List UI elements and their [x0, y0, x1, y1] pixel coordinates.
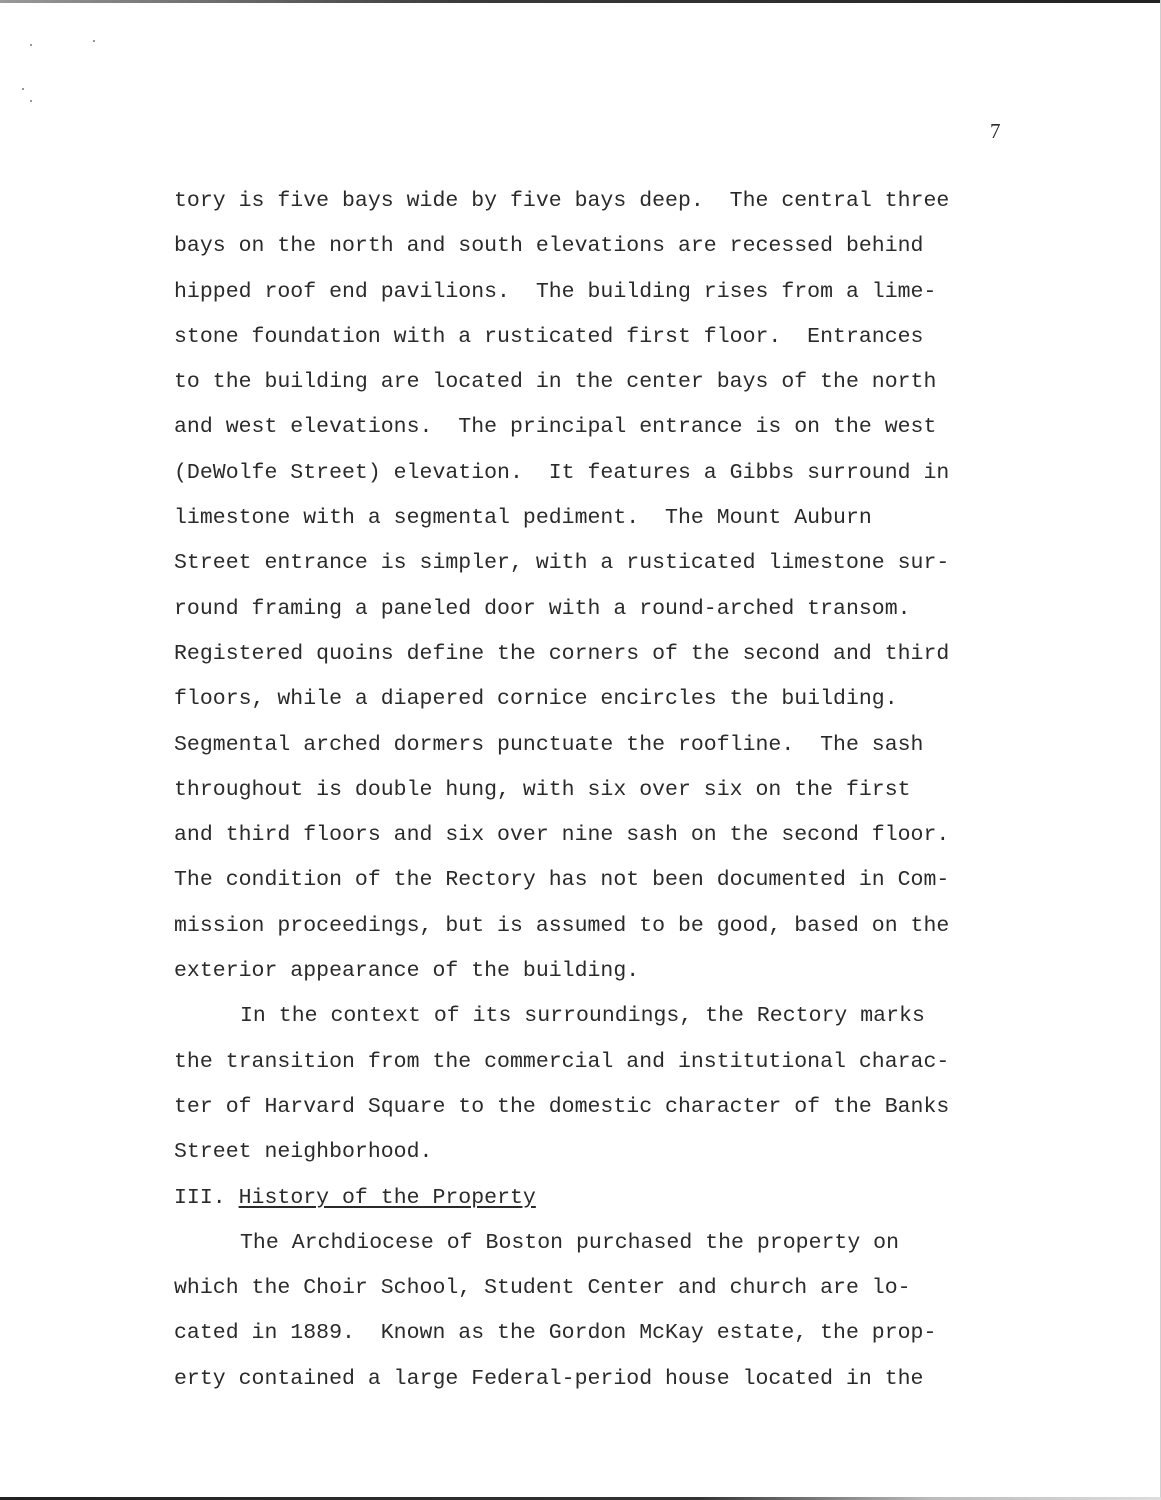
text-line: round framing a paneled door with a roun…	[174, 592, 1004, 637]
section-title: History of the Property	[239, 1186, 536, 1210]
text-line: throughout is double hung, with six over…	[174, 773, 1004, 818]
text-line: the transition from the commercial and i…	[174, 1045, 1004, 1090]
text-line: mission proceedings, but is assumed to b…	[174, 909, 1004, 954]
scan-speck	[22, 88, 24, 90]
text-line: stone foundation with a rusticated first…	[174, 320, 1004, 365]
text-line: hipped roof end pavilions. The building …	[174, 275, 1004, 320]
text-line: Street entrance is simpler, with a rusti…	[174, 546, 1004, 591]
text-line: and west elevations. The principal entra…	[174, 410, 1004, 455]
text-line: (DeWolfe Street) elevation. It features …	[174, 456, 1004, 501]
page-number: 7	[990, 118, 1001, 144]
text-line: Segmental arched dormers punctuate the r…	[174, 728, 1004, 773]
document-body: tory is five bays wide by five bays deep…	[174, 184, 1004, 1407]
scan-speck	[30, 44, 32, 46]
text-line: limestone with a segmental pediment. The…	[174, 501, 1004, 546]
section-heading: III. History of the Property	[174, 1181, 1004, 1226]
text-line: bays on the north and south elevations a…	[174, 229, 1004, 274]
text-line: tory is five bays wide by five bays deep…	[174, 184, 1004, 229]
scan-edge-top	[0, 0, 1161, 3]
text-line: and third floors and six over nine sash …	[174, 818, 1004, 863]
text-line: erty contained a large Federal-period ho…	[174, 1362, 1004, 1407]
text-line: ter of Harvard Square to the domestic ch…	[174, 1090, 1004, 1135]
paragraphs-after-heading: The Archdiocese of Boston purchased the …	[174, 1226, 1004, 1407]
scan-speck	[93, 40, 95, 42]
text-line: to the building are located in the cente…	[174, 365, 1004, 410]
text-line: In the context of its surroundings, the …	[174, 999, 1004, 1044]
text-line: exterior appearance of the building.	[174, 954, 1004, 999]
text-line: The Archdiocese of Boston purchased the …	[174, 1226, 1004, 1271]
text-line: Street neighborhood.	[174, 1135, 1004, 1180]
text-line: floors, while a diapered cornice encircl…	[174, 682, 1004, 727]
text-line: which the Choir School, Student Center a…	[174, 1271, 1004, 1316]
text-line: The condition of the Rectory has not bee…	[174, 863, 1004, 908]
text-line: cated in 1889. Known as the Gordon McKay…	[174, 1316, 1004, 1361]
text-line: Registered quoins define the corners of …	[174, 637, 1004, 682]
scan-speck	[30, 100, 32, 102]
section-number: III.	[174, 1186, 239, 1210]
paragraphs-before-heading: tory is five bays wide by five bays deep…	[174, 184, 1004, 1181]
